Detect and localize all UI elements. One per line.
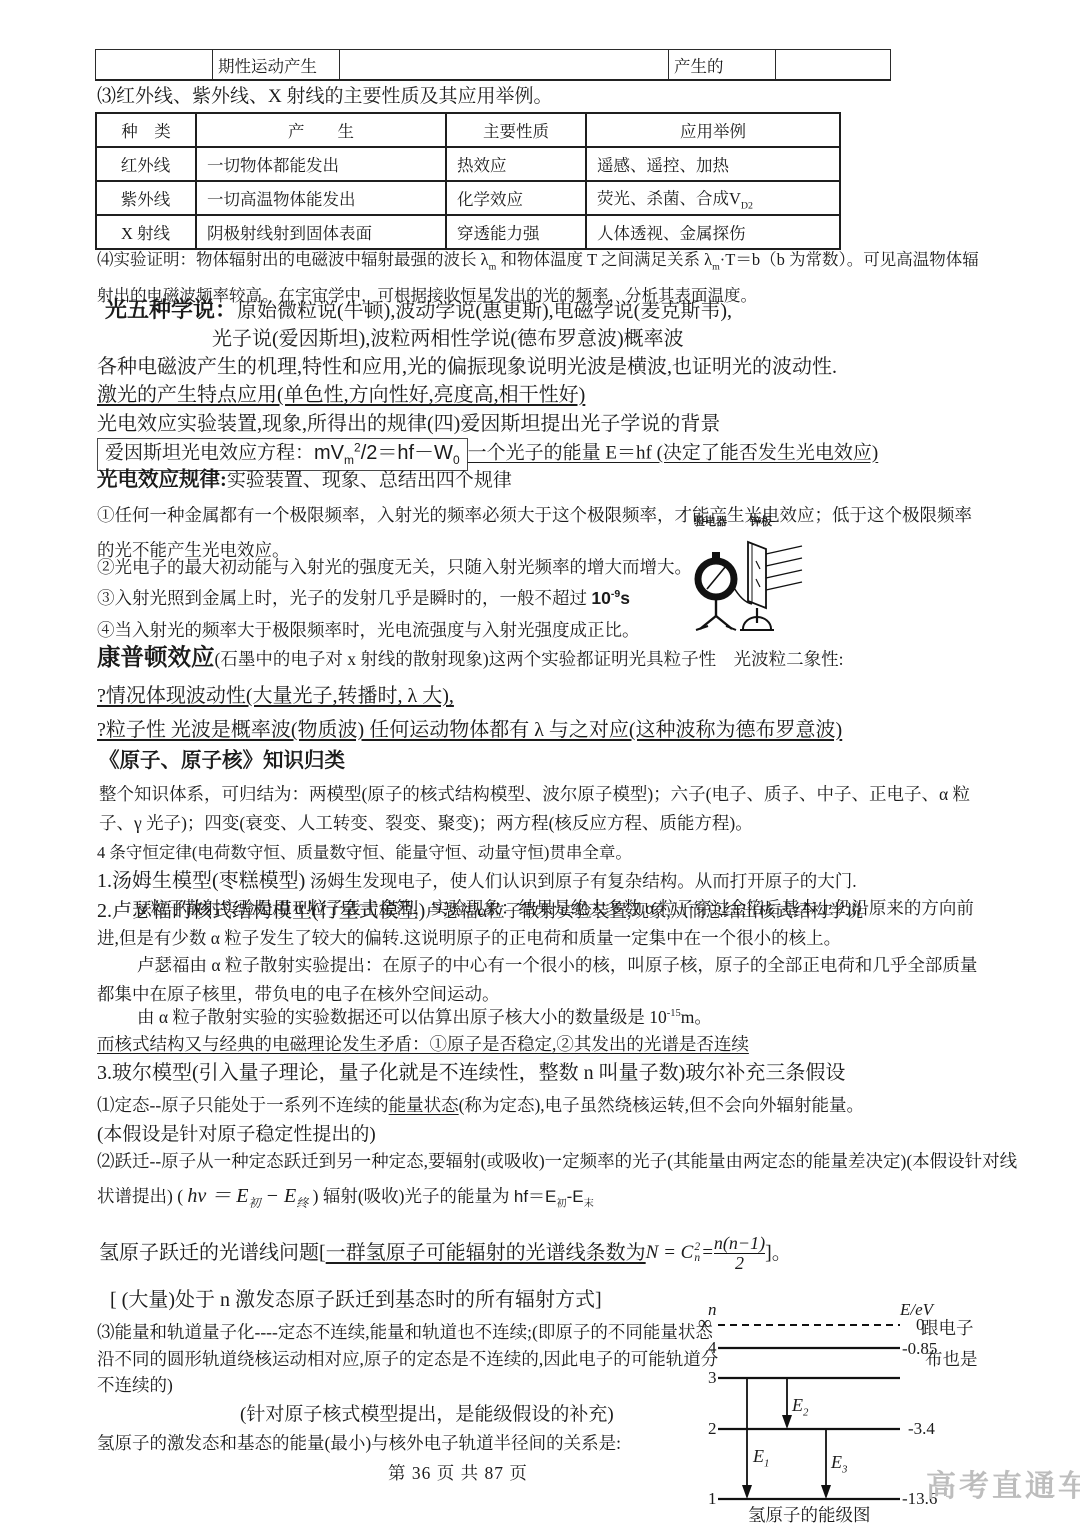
table-cell: 紫外线: [96, 181, 196, 215]
level-n-inf: ∞: [698, 1312, 712, 1336]
table-row: 红外线 一切物体都能发出 热效应 遥感、遥控、加热: [96, 147, 840, 181]
table-cell: 一切物体都能发出: [196, 147, 446, 181]
quantization-line-2: 沿不同的圆形轨道绕核运动相对应,原子的定态是不连续的,因此电子的可能轨道分: [97, 1349, 718, 1371]
electroscope-drawing: [686, 516, 818, 640]
table-cell: X 射线: [96, 215, 196, 249]
ray-properties-table: 种 类 产 生 主要性质 应用举例 红外线 一切物体都能发出 热效应 遥感、遥控…: [95, 112, 841, 250]
heading-compton: 康普顿效应: [97, 645, 215, 671]
thomson-model-head: 1.汤姆生模型(枣糕模型): [97, 870, 305, 892]
level-n-2: 2: [708, 1418, 717, 1439]
transition-E1-label: E1: [753, 1445, 769, 1471]
energy-states-underlined: 能量状态: [389, 1095, 459, 1115]
photoelectric-intro-line: 光电效应实验装置,现象,所得出的规律(四)爱因斯坦提出光子学说的背景: [97, 412, 720, 437]
level-n-3: 3: [708, 1367, 717, 1388]
excited-state-line: 氢原子的激发态和基态的能量(最小)与核外电子轨道半径间的关系是:: [97, 1433, 621, 1455]
energy-n2: -3.4: [908, 1418, 935, 1439]
laser-line: 激光的产生特点应用(单色性,方向性好,亮度高,相干性好): [97, 383, 585, 408]
photoelectric-equation: mVm2/2＝hf－W0: [314, 442, 460, 464]
bohr-postulate-2-cont: 状谱提出) ( hν ＝ E初 − E终 ) 辐射(吸收)光子的能量为 hf＝E…: [97, 1184, 594, 1211]
table-cell: 一切高温物体能发出: [196, 181, 446, 215]
pe-rule-3: ③入射光照到金属上时，光子的发射几乎是瞬时的，一般不超过 10-9s: [97, 588, 630, 610]
level-n-4: 4: [708, 1337, 717, 1358]
hv-formula: hν ＝ E初 − E终: [187, 1185, 308, 1207]
wave-nature-line: ?情况体现波动性(大量光子,转播时, λ 大),: [97, 684, 454, 709]
table-cell: 人体透视、金属探伤: [586, 215, 840, 249]
fraction: n(n−1)2: [714, 1234, 765, 1273]
top-partial-table: 期性运动产生 产生的: [95, 49, 891, 81]
contradiction-line: 而核式结构又与经典的电磁理论发生矛盾：①原子是否稳定,②其发出的光谱是否连续: [97, 1034, 749, 1056]
overflow-text-fragment: 布也是: [925, 1349, 978, 1371]
quantization-line-3: 不连续的): [97, 1375, 173, 1397]
subscript: D2: [741, 200, 753, 211]
photon-energy-note: 一个光子的能量 E＝hf (决定了能否发生光电效应): [468, 443, 879, 464]
pe-rule-4: ④当入射光的频率大于极限频率时，光电流强度与入射光强度成正比。: [97, 620, 640, 642]
bohr-model-heading: 3.玻尔模型(引入量子理论，量子化就是不连续性，整数 n 叫量子数)玻尔补充三条…: [97, 1061, 845, 1086]
section3-title: ⑶红外线、紫外线、X 射线的主要性质及其应用举例。: [97, 85, 552, 109]
combination-formula: N = C2n = n(n−1)2: [646, 1234, 765, 1273]
heading-atom-section: 《原子、原子核》知识归类: [99, 749, 345, 775]
col-header: 种 类: [96, 113, 196, 147]
col-header: 应用举例: [586, 113, 840, 147]
alpha-scatter-paragraph: α 粒子散射实验是用 α 粒子轰击金箔，实验现象：结果是绝大多数 α 粒子穿过金…: [97, 891, 994, 953]
pe-rules-heading-line: 光电效应规律:实验装置、现象、总结出四个规律: [97, 468, 512, 494]
table-cell: 荧光、杀菌、合成VD2: [586, 181, 840, 215]
quantization-line-1: ⑶能量和轨道量子化----定态不连续,能量和轨道也不连续;(即原子的不同能量状态: [97, 1322, 713, 1344]
table-cell: 期性运动产生: [213, 50, 340, 81]
table-cell: 热效应: [446, 147, 586, 181]
heading-five-theories: 光五种学说：: [105, 297, 237, 322]
col-header: 产 生: [196, 113, 446, 147]
overflow-text-fragment: 跟电子: [921, 1318, 974, 1340]
table-cell: 产生的: [669, 50, 776, 81]
table-cell: 化学效应: [446, 181, 586, 215]
subscript: m: [712, 261, 720, 272]
table-cell: 遥感、遥控、加热: [586, 147, 840, 181]
table-row: X 射线 阴极射线射到固体表面 穿透能力强 人体透视、金属探伤: [96, 215, 840, 249]
page-footer: 第 36 页 共 87 页: [388, 1463, 528, 1485]
table-row: 紫外线 一切高温物体能发出 化学效应 荧光、杀菌、合成VD2: [96, 181, 840, 215]
bohr-postulate-1: ⑴定态--原子只能处于一系列不连续的能量状态(称为定态),电子虽然绕核运转,但不…: [97, 1095, 864, 1117]
five-theories-line: 光五种学说：原始微粒说(牛顿),波动学说(惠更斯),电磁学说(麦克斯韦),: [105, 296, 732, 324]
watermark: 高考直通车: [926, 1468, 1080, 1506]
table-cell: [776, 50, 891, 81]
supplement-note: (针对原子核式模型提出，是能级假设的补充): [240, 1403, 614, 1427]
transition-E3-label: E3: [831, 1451, 847, 1477]
spectral-lines-line: 氢原子跃迁的光谱线问题[一群氢原子可能辐射的光谱线条数为 N = C2n = n…: [99, 1226, 792, 1280]
level-n-1: 1: [708, 1488, 717, 1509]
heading-pe-rules: 光电效应规律:: [97, 469, 227, 491]
sup-sub-stack: 2n: [694, 1242, 700, 1264]
diagram-caption: 氢原子的能级图: [748, 1505, 871, 1527]
table-cell: 阴极射线射到固体表面: [196, 215, 446, 249]
em-wave-line: 各种电磁波产生的机理,特性和应用,光的偏振现象说明光波是横波,也证明光的波动性.: [97, 355, 837, 380]
pe-rule-2: ②光电子的最大初动能与入射光的强度无关，只随入射光频率的增大而增大。: [97, 557, 692, 579]
table-cell: 红外线: [96, 147, 196, 181]
table-cell: [96, 50, 213, 81]
atom-overview: 整个知识体系，可归结为：两模型(原子的核式结构模型、波尔原子模型)；六子(电子、…: [99, 780, 991, 838]
bohr-postulate-2: ⑵跃迁--原子从一种定态跃迁到另一种定态,要辐射(或吸收)一定频率的光子(其能量…: [97, 1151, 1017, 1173]
electroscope-figure: 验电器 锌板: [686, 516, 818, 640]
radiation-modes-line: [ (大量)处于 n 激发态原子跃迁到基态时的所有辐射方式]: [110, 1288, 602, 1313]
conservation-laws-line: 4 条守恒定律(电荷数守恒、质量数守恒、能量守恒、动量守恒)贯串全章。: [97, 843, 632, 864]
document-page: 期性运动产生 产生的 ⑶红外线、紫外线、X 射线的主要性质及其应用举例。 种 类…: [0, 0, 1080, 1527]
table-header-row: 种 类 产 生 主要性质 应用举例: [96, 113, 840, 147]
hf-formula: hf＝E初-E末: [514, 1187, 594, 1206]
rutherford-nucleus-paragraph: 卢瑟福由 α 粒子散射实验提出：在原子的中心有一个很小的核，叫原子核，原子的全部…: [97, 951, 994, 1009]
bohr-postulate-1-note: (本假设是针对原子稳定性提出的): [97, 1123, 376, 1147]
table-cell: 穿透能力强: [446, 215, 586, 249]
table-cell: [340, 50, 669, 81]
transition-E2-label: E2: [792, 1394, 808, 1420]
timescale-value: 10-9s: [591, 588, 630, 608]
compton-line: 康普顿效应(石墨中的电子对 x 射线的散射现象)这两个实验都证明光具粒子性 光波…: [97, 644, 844, 673]
col-header: 主要性质: [446, 113, 586, 147]
table-row: 期性运动产生 产生的: [96, 50, 891, 81]
equation-box: 爱因斯坦光电效应方程：mVm2/2＝hf－W0: [97, 438, 468, 471]
hydrogen-group-underlined: 一群氢原子可能辐射的光谱线条数为: [326, 1241, 646, 1266]
particle-nature-line: ?粒子性 光波是概率波(物质波) 任何运动物体都有 λ 与之对应(这种波称为德布…: [97, 718, 842, 743]
five-theories-line2: 光子说(爱因斯坦),波粒两相性学说(德布罗意波)概率波: [212, 327, 684, 352]
nucleus-size-line: 由 α 粒子散射实验的实验数据还可以估算出原子核大小的数量级是 10-15m。: [137, 1007, 712, 1029]
einstein-equation-line: 爱因斯坦光电效应方程：mVm2/2＝hf－W0一个光子的能量 E＝hf (决定了…: [97, 438, 878, 471]
